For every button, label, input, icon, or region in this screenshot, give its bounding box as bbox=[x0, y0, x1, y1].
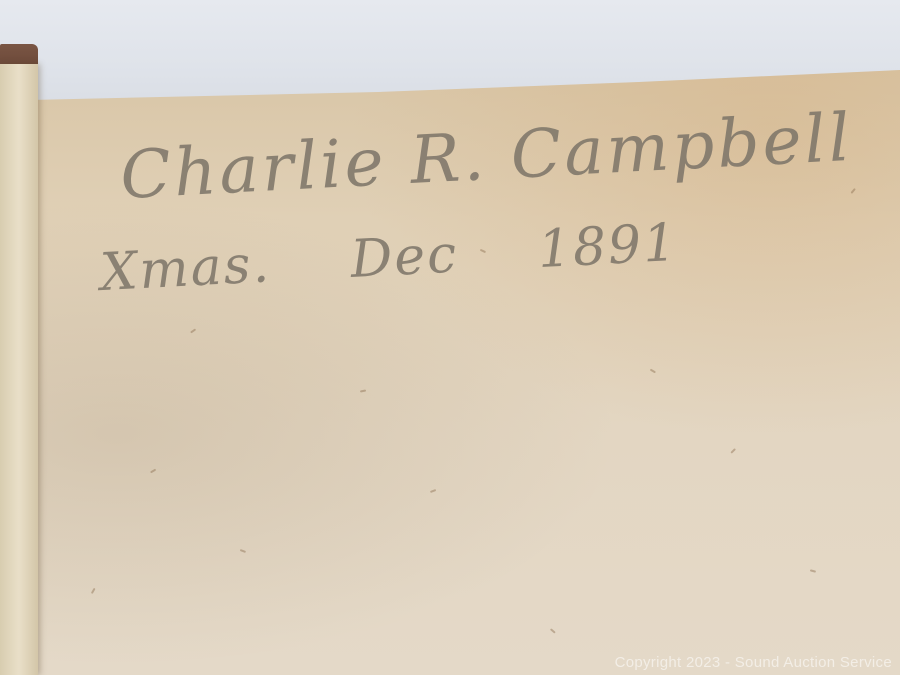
inscription-year: 1891 bbox=[536, 213, 679, 280]
copyright-watermark: Copyright 2023 - Sound Auction Service bbox=[615, 654, 892, 671]
book-page-edge bbox=[0, 64, 38, 675]
inscription-xmas: Xmas. bbox=[99, 234, 272, 303]
inscription-month: Dec bbox=[349, 224, 460, 290]
